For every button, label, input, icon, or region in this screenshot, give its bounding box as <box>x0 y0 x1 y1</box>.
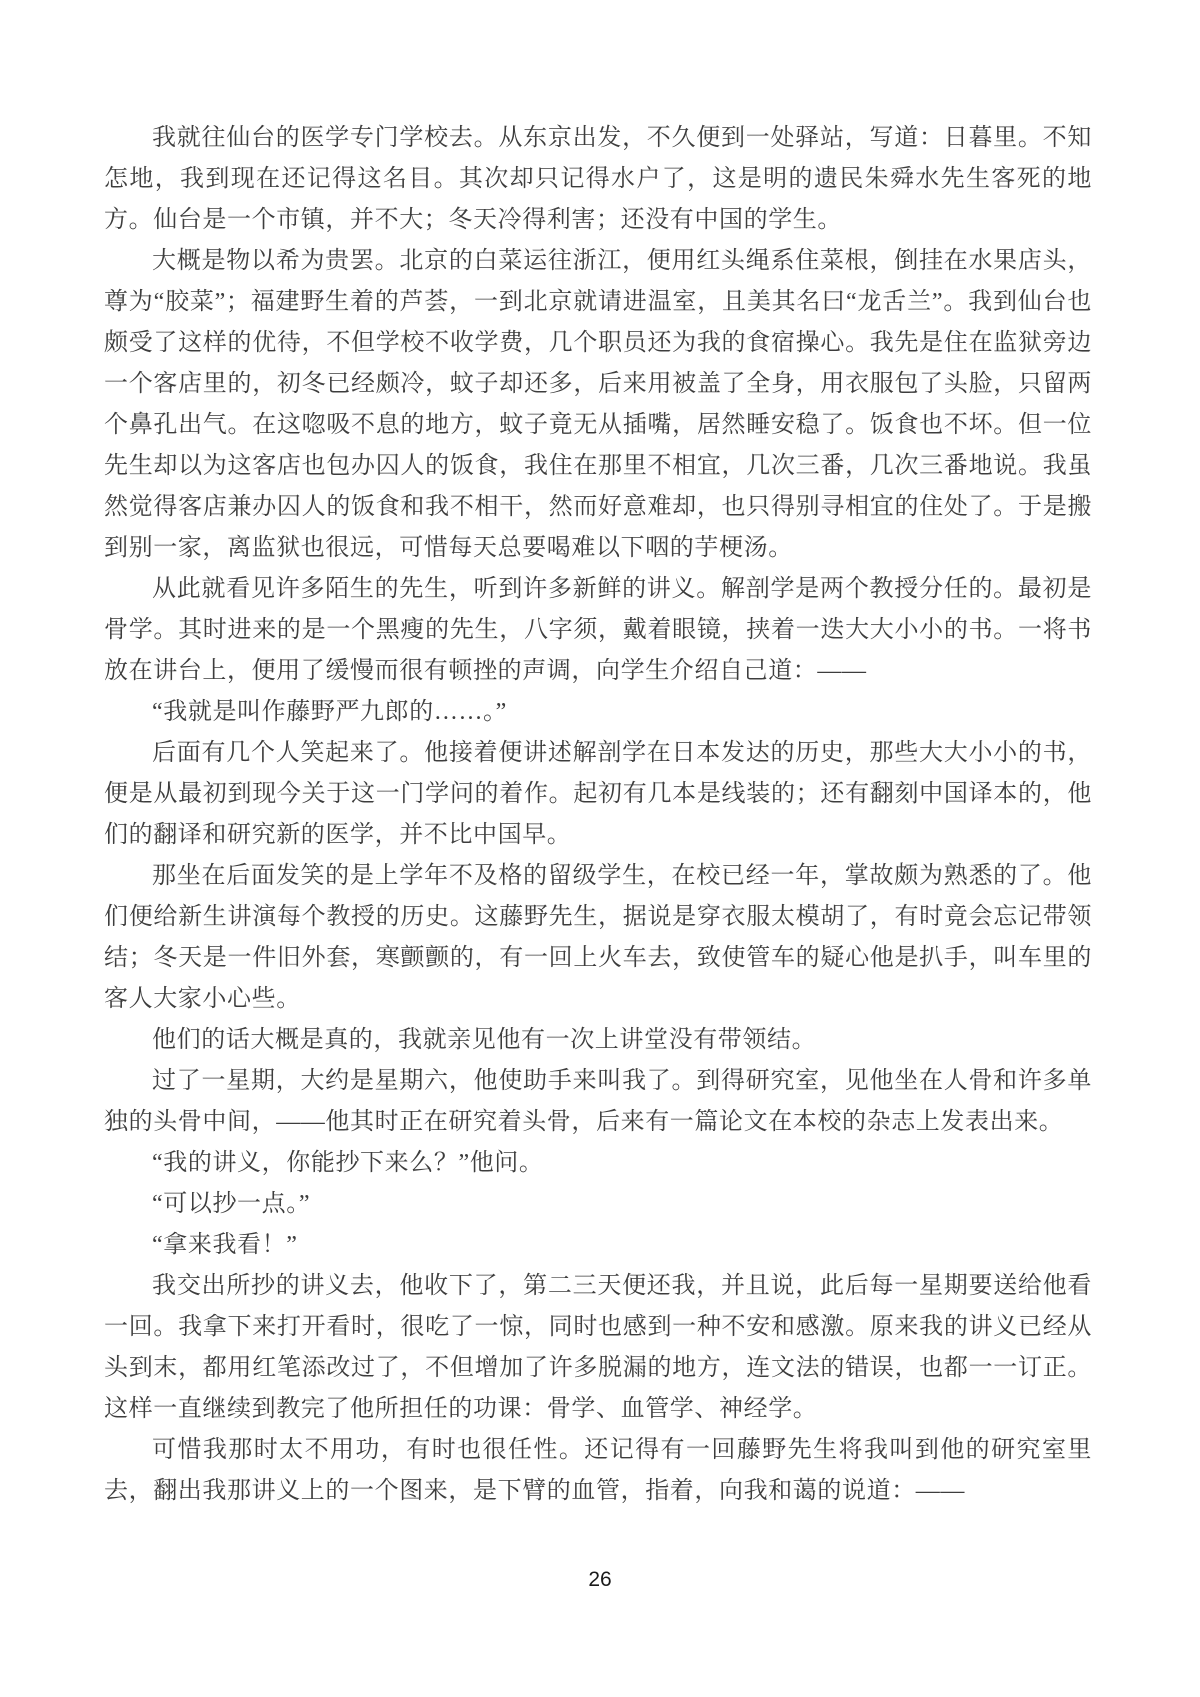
paragraph: “拿来我看！” <box>104 1225 1092 1266</box>
paragraph: 可惜我那时太不用功，有时也很任性。还记得有一回藤野先生将我叫到他的研究室里去，翻… <box>104 1430 1092 1512</box>
paragraph: 我就往仙台的医学专门学校去。从东京出发，不久便到一处驿站，写道：日暮里。不知怎地… <box>104 118 1092 241</box>
page-number: 26 <box>0 1568 1200 1592</box>
paragraph: 我交出所抄的讲义去，他收下了，第二三天便还我，并且说，此后每一星期要送给他看一回… <box>104 1266 1092 1430</box>
text-body: 我就往仙台的医学专门学校去。从东京出发，不久便到一处驿站，写道：日暮里。不知怎地… <box>104 118 1092 1512</box>
paragraph: 后面有几个人笑起来了。他接着便讲述解剖学在日本发达的历史，那些大大小小的书，便是… <box>104 733 1092 856</box>
paragraph: 过了一星期，大约是星期六，他使助手来叫我了。到得研究室，见他坐在人骨和许多单独的… <box>104 1061 1092 1143</box>
paragraph: “我的讲义，你能抄下来么？”他问。 <box>104 1143 1092 1184</box>
document-page: 我就往仙台的医学专门学校去。从东京出发，不久便到一处驿站，写道：日暮里。不知怎地… <box>0 0 1200 1697</box>
paragraph: 他们的话大概是真的，我就亲见他有一次上讲堂没有带领结。 <box>104 1020 1092 1061</box>
paragraph: 那坐在后面发笑的是上学年不及格的留级学生，在校已经一年，掌故颇为熟悉的了。他们便… <box>104 856 1092 1020</box>
paragraph: “可以抄一点。” <box>104 1184 1092 1225</box>
paragraph: 大概是物以希为贵罢。北京的白菜运往浙江，便用红头绳系住菜根，倒挂在水果店头，尊为… <box>104 241 1092 569</box>
paragraph: 从此就看见许多陌生的先生，听到许多新鲜的讲义。解剖学是两个教授分任的。最初是骨学… <box>104 569 1092 692</box>
paragraph: “我就是叫作藤野严九郎的……。” <box>104 692 1092 733</box>
